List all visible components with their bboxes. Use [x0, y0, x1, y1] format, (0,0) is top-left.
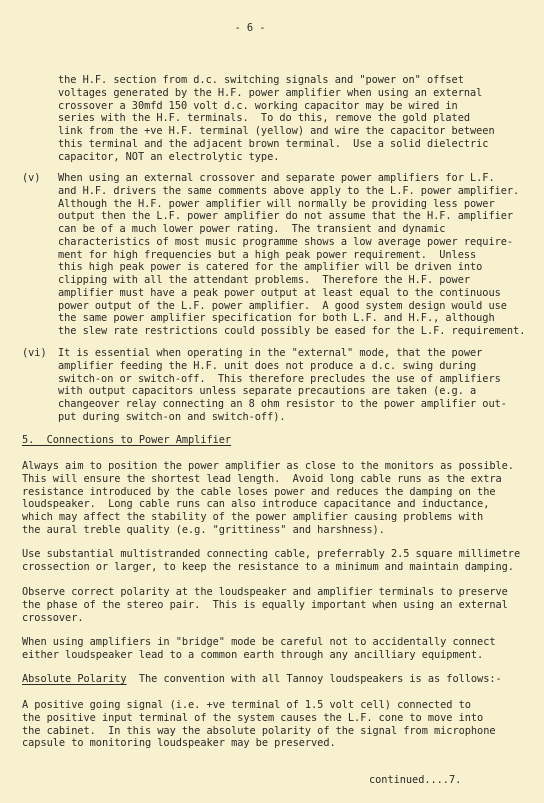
text-line: the positive input terminal of the syste… [22, 712, 496, 725]
text-line: Use substantial multistranded connecting… [22, 548, 520, 561]
text-line: the slew rate restrictions could possibl… [58, 325, 525, 338]
intro-paragraph: the H.F. section from d.c. switching sig… [58, 74, 495, 163]
text-line: the cabinet. In this way the absolute po… [22, 725, 496, 738]
document-page: - 6 - the H.F. section from d.c. switchi… [0, 0, 544, 803]
text-line: this terminal and the adjacent brown ter… [58, 138, 495, 151]
paragraph-cable: Use substantial multistranded connecting… [22, 548, 520, 574]
text-line: link from the +ve H.F. terminal (yellow)… [58, 125, 495, 138]
text-line: capacitor, NOT an electrolytic type. [58, 151, 495, 164]
text-line: amplifier must have a peak power output … [58, 287, 525, 300]
text-line: When using an external crossover and sep… [58, 172, 525, 185]
paragraph-polarity: Observe correct polarity at the loudspea… [22, 586, 508, 624]
item-v-label: (v) [22, 172, 40, 185]
item-vi-paragraph: It is essential when operating in the "e… [58, 347, 507, 424]
text-line: which may affect the stability of the po… [22, 511, 514, 524]
text-line: with output capacitors unless separate p… [58, 385, 507, 398]
section-5-heading: 5. Connections to Power Amplifier [22, 434, 231, 447]
text-line: ment for high frequencies but a high pea… [58, 249, 525, 262]
text-line: resistance introduced by the cable loses… [22, 486, 514, 499]
text-line: It is essential when operating in the "e… [58, 347, 507, 360]
text-line: the phase of the stereo pair. This is eq… [22, 599, 508, 612]
paragraph-absolute-polarity: A positive going signal (i.e. +ve termin… [22, 699, 496, 750]
text-line: power output of the L.F. power amplifier… [58, 300, 525, 313]
text-line: can be of a much lower power rating. The… [58, 223, 525, 236]
text-line: amplifier feeding the H.F. unit does not… [58, 360, 507, 373]
paragraph-lead-length: Always aim to position the power amplifi… [22, 460, 514, 537]
text-line: loudspeaker. Long cable runs can also in… [22, 498, 514, 511]
item-v-paragraph: When using an external crossover and sep… [58, 172, 525, 338]
paragraph-bridge: When using amplifiers in "bridge" mode b… [22, 636, 496, 662]
text-line: crossection or larger, to keep the resis… [22, 561, 520, 574]
text-line: series with the H.F. terminals. To do th… [58, 112, 495, 125]
text-line: crossover a 30mfd 150 volt d.c. working … [58, 100, 495, 113]
text-line: When using amplifiers in "bridge" mode b… [22, 636, 496, 649]
section-heading: 5. Connections to Power Amplifier [22, 434, 231, 447]
text-line: Although the H.F. power amplifier will n… [58, 198, 525, 211]
text-line: either loudspeaker lead to a common eart… [22, 649, 496, 662]
text-line: the same power amplifier specification f… [58, 312, 525, 325]
text-line: characteristics of most music programme … [58, 236, 525, 249]
absolute-polarity-text: The convention with all Tannoy loudspeak… [127, 673, 502, 685]
text-line: This will ensure the shortest lead lengt… [22, 473, 514, 486]
text-line: Observe correct polarity at the loudspea… [22, 586, 508, 599]
absolute-polarity-line: Absolute Polarity The convention with al… [22, 673, 502, 686]
item-vi-label: (vi) [22, 347, 47, 360]
page-number: - 6 - [0, 22, 500, 35]
absolute-polarity-heading: Absolute Polarity [22, 673, 127, 685]
text-line: this high peak power is catered for the … [58, 261, 525, 274]
text-line: Always aim to position the power amplifi… [22, 460, 514, 473]
text-line: voltages generated by the H.F. power amp… [58, 87, 495, 100]
text-line: put during switch-on and switch-off). [58, 411, 507, 424]
text-line: clipping with all the attendant problems… [58, 274, 525, 287]
text-line: switch-on or switch-off. This therefore … [58, 373, 507, 386]
continued-note: continued....7. [369, 774, 461, 787]
text-line: and H.F. drivers the same comments above… [58, 185, 525, 198]
text-line: A positive going signal (i.e. +ve termin… [22, 699, 496, 712]
text-line: changeover relay connecting an 8 ohm res… [58, 398, 507, 411]
text-line: the aural treble quality (e.g. "grittine… [22, 524, 514, 537]
text-line: capsule to monitoring loudspeaker may be… [22, 737, 496, 750]
text-line: the H.F. section from d.c. switching sig… [58, 74, 495, 87]
text-line: crossover. [22, 612, 508, 625]
text-line: output then the L.F. power amplifier do … [58, 210, 525, 223]
